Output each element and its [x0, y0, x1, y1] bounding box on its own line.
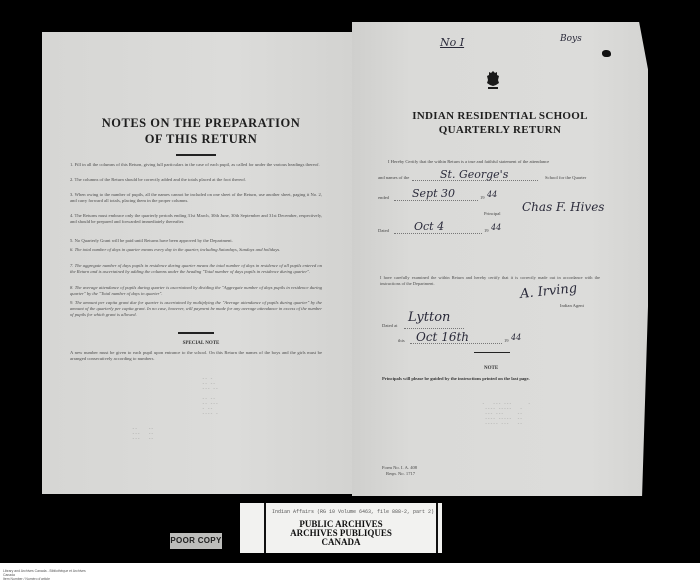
school-suffix-label: School for the Quarter: [545, 175, 586, 180]
note-9: 9. The amount per capita grant due for q…: [70, 300, 322, 318]
certify-text: I Hereby Certify that the within Return …: [388, 159, 549, 164]
form-number: Form No. I. A. 408: [382, 465, 417, 470]
note-2: 2. The columns of the Return should be c…: [70, 177, 322, 183]
archive-reference: Indian Affairs (RG 10 Volume 6463, file …: [272, 509, 434, 515]
note-4: 4. The Returns must embrace only the qua…: [70, 213, 322, 225]
note-5: 5. No Quarterly Grant will be paid until…: [70, 238, 322, 244]
ended-year-prefix: 19: [480, 195, 485, 200]
this-year-field: 44: [511, 333, 521, 342]
poor-copy-label: POOR COPY: [170, 533, 222, 549]
notes-title-line2: OF THIS RETURN: [42, 132, 360, 147]
note-1: 1. Fill in all the columns of this Retur…: [70, 162, 322, 168]
ended-date-field: Sept 30: [412, 187, 455, 200]
this-label: this: [398, 338, 405, 343]
dated-line: [394, 233, 482, 234]
footer-line1: Library and Archives Canada - Bibliothèq…: [3, 569, 93, 577]
this-year-prefix: 19: [504, 338, 509, 343]
coat-of-arms-icon: [485, 70, 501, 90]
bleed-through-marks: -- - -- -- --- -- -- -- -- --- - -- ----…: [202, 377, 218, 417]
and-names-label: and names of the: [378, 175, 409, 180]
special-note-heading: SPECIAL NOTE: [42, 341, 360, 346]
footer-line2: Item Number / Numéro d'article: [3, 577, 93, 581]
dated-label: Dated: [378, 228, 389, 233]
dated-year-field: 44: [491, 223, 501, 232]
notes-title-line1: NOTES ON THE PREPARATION: [42, 116, 360, 131]
special-note-rule: [178, 332, 214, 334]
left-page-notes: NOTES ON THE PREPARATION OF THIS RETURN …: [42, 32, 360, 494]
note-text: Principals will please be guided by the …: [382, 376, 530, 381]
footer-credit: Library and Archives Canada - Bibliothèq…: [3, 569, 93, 581]
bleed-through-right: - --- --- - ---- ----- - --- --- -- ----…: [482, 402, 531, 427]
special-note-text: A new number must be given to each pupil…: [70, 350, 322, 362]
note-rule: [474, 352, 510, 353]
note-heading: NOTE: [484, 366, 498, 371]
school-title-line1: INDIAN RESIDENTIAL SCHOOL: [352, 110, 648, 122]
footer-strip: [0, 563, 700, 584]
annotation-boys: Boys: [560, 34, 582, 44]
dated-field: Oct 4: [414, 220, 444, 233]
title-rule: [176, 154, 216, 156]
ended-year-field: 44: [487, 190, 497, 199]
annotation-number: No I: [440, 36, 464, 49]
right-page-return: No I Boys INDIAN RESIDENTIAL SCHOOL QUAR…: [352, 22, 648, 496]
note-6: 6. The total number of days in quarter m…: [70, 247, 322, 253]
school-name-field: St. George's: [440, 168, 508, 181]
dated-year-prefix: 19: [484, 228, 489, 233]
dated-at-line: [404, 328, 464, 329]
this-date-field: Oct 16th: [416, 330, 469, 344]
requisition-number: Reqn. No. 1717: [386, 471, 415, 476]
principal-signature: Chas F. Hives: [522, 200, 604, 214]
school-title-line2: QUARTERLY RETURN: [352, 124, 648, 136]
indian-agent-label: Indian Agent: [560, 303, 584, 308]
note-8: 8. The average attendance of pupils duri…: [70, 285, 322, 297]
archive-line3: CANADA: [240, 537, 442, 547]
note-3: 3. When owing to the number of pupils, a…: [70, 192, 322, 204]
dated-at-label: Dated at: [382, 323, 397, 328]
ended-label: ended: [378, 195, 389, 200]
note-7: 7. The aggregate number of days pupils i…: [70, 263, 322, 275]
ended-date-line: [394, 200, 478, 201]
principal-label: Principal: [484, 211, 501, 216]
ink-blot: [602, 50, 611, 57]
bleed-through-marks-2: -- -- --- -- --- --: [132, 427, 154, 442]
dated-at-field: Lytton: [408, 310, 450, 325]
